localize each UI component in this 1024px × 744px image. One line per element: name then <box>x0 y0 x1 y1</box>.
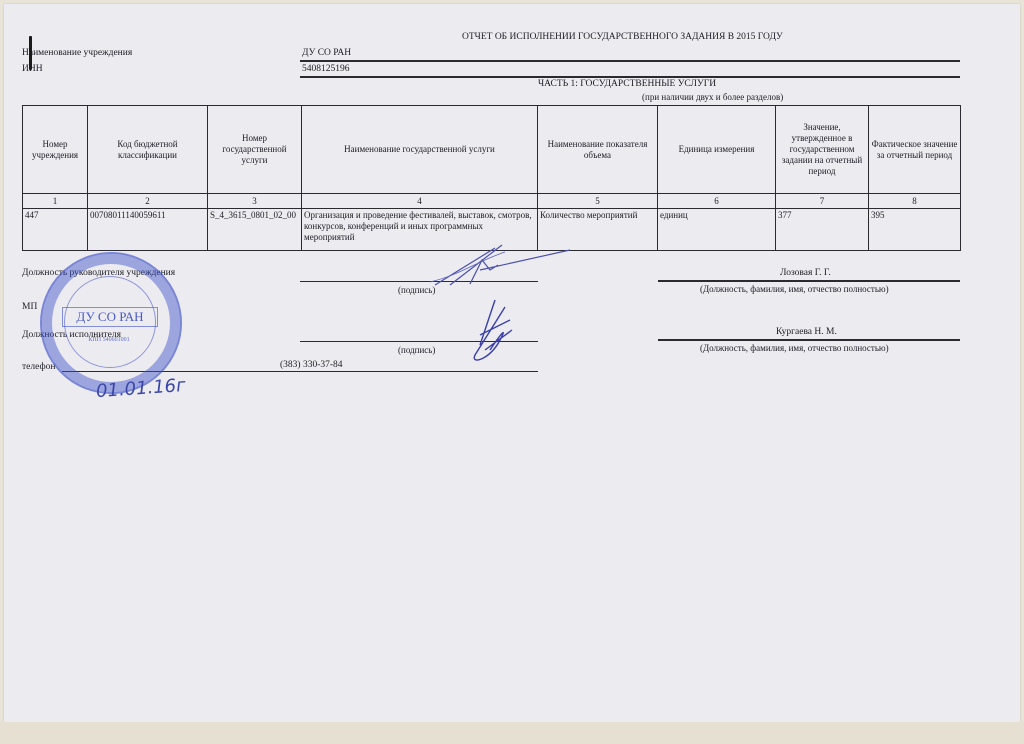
scan-background <box>0 722 1024 744</box>
column-number: 7 <box>776 194 869 209</box>
institution-underline <box>300 60 960 62</box>
cell-budget-code: 00708011140059611 <box>88 209 208 251</box>
cell-unit: единиц <box>658 209 776 251</box>
executor-signature-caption: (подпись) <box>398 345 435 355</box>
cell-institution-number: 447 <box>23 209 88 251</box>
column-number: 1 <box>23 194 88 209</box>
executor-signature <box>460 295 530 365</box>
header-cell: Номер учреждения <box>23 106 88 194</box>
header-cell: Наименование государственной услуги <box>302 106 538 194</box>
cell-service-number: S_4_3615_0801_02_00 <box>208 209 302 251</box>
part-title: ЧАСТЬ 1: ГОСУДАРСТВЕННЫЕ УСЛУГИ <box>538 79 716 89</box>
header-cell: Фактическое значение за отчетный период <box>869 106 961 194</box>
part-note: (при наличии двух и более разделов) <box>642 92 783 102</box>
stamp-kpp: КПП 540601001 <box>62 337 156 343</box>
column-number: 3 <box>208 194 302 209</box>
stamp-name: ДУ СО РАН <box>62 307 158 327</box>
cell-actual-value: 395 <box>869 209 961 251</box>
column-number-row: 1 2 3 4 5 6 7 8 <box>23 194 961 209</box>
institution-value: ДУ СО РАН <box>302 48 351 58</box>
head-signature <box>420 240 580 290</box>
phone-value: (383) 330-37-84 <box>280 360 343 370</box>
executor-name-line <box>658 339 960 341</box>
document-title: ОТЧЕТ ОБ ИСПОЛНЕНИИ ГОСУДАРСТВЕННОГО ЗАД… <box>462 32 783 42</box>
head-name-line <box>658 280 960 282</box>
head-name-caption: (Должность, фамилия, имя, отчество полно… <box>700 284 889 294</box>
services-table: Номер учреждения Код бюджетной классифик… <box>22 105 961 251</box>
column-number: 5 <box>538 194 658 209</box>
executor-name-caption: (Должность, фамилия, имя, отчество полно… <box>700 343 889 353</box>
column-number: 8 <box>869 194 961 209</box>
institution-label: Наименование учреждения <box>22 48 132 58</box>
inn-label: ИНН <box>22 64 43 74</box>
header-cell: Значение, утвержденное в государственном… <box>776 106 869 194</box>
phone-label: телефон <box>22 362 55 372</box>
executor-name: Кургаева Н. М. <box>776 327 837 337</box>
inn-value: 5408125196 <box>302 64 350 74</box>
head-name: Лозовая Г. Г. <box>780 268 831 278</box>
mp-label: МП <box>22 302 37 312</box>
table-header-row: Номер учреждения Код бюджетной классифик… <box>23 106 961 194</box>
official-stamp: ДУ СО РАН КПП 540601001 <box>40 252 182 394</box>
inn-underline <box>300 76 960 78</box>
header-cell: Единица измерения <box>658 106 776 194</box>
cell-approved-value: 377 <box>776 209 869 251</box>
header-cell: Номер государственной услуги <box>208 106 302 194</box>
column-number: 2 <box>88 194 208 209</box>
column-number: 4 <box>302 194 538 209</box>
header-cell: Код бюджетной классификации <box>88 106 208 194</box>
column-number: 6 <box>658 194 776 209</box>
header-cell: Наименование показателя объема <box>538 106 658 194</box>
